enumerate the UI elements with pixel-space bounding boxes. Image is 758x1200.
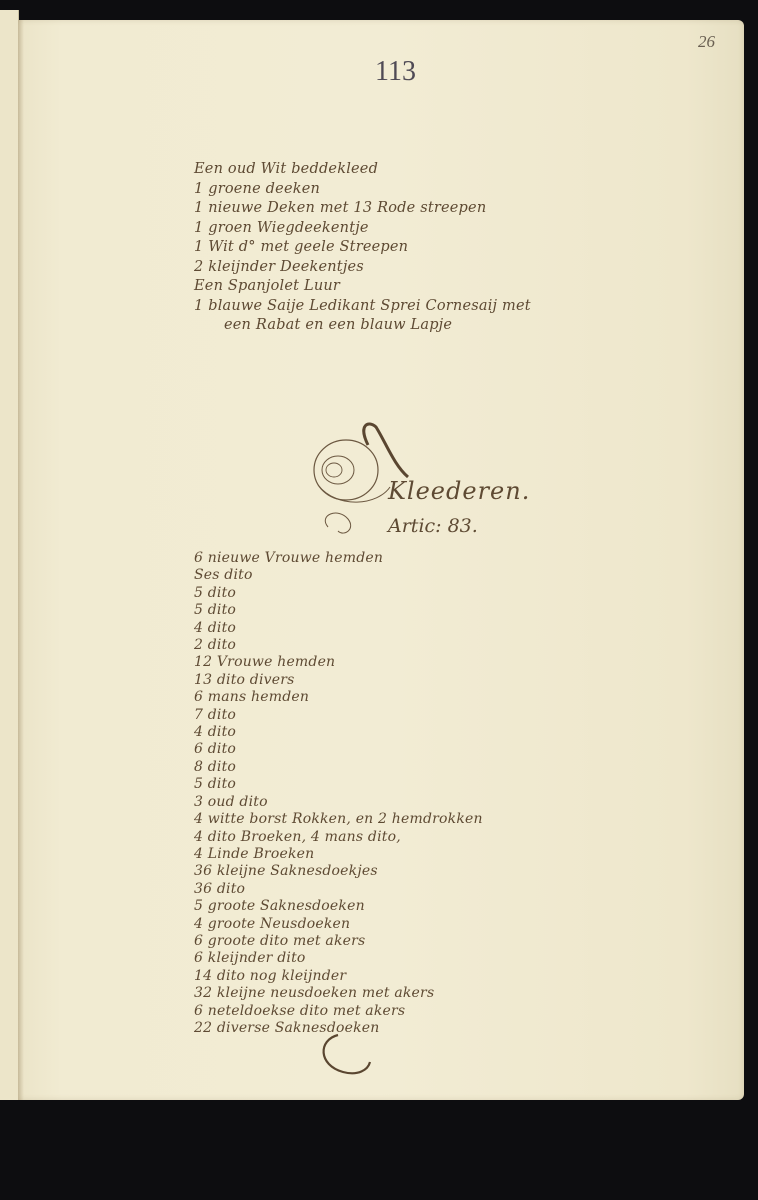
list-item: 4 Linde Broeken bbox=[194, 846, 483, 863]
list-item: 4 witte borst Rokken, en 2 hemdrokken bbox=[194, 811, 483, 828]
list-item: 1 groen Wiegdeekentje bbox=[194, 219, 531, 239]
list-item: 6 groote dito met akers bbox=[194, 933, 483, 950]
list-item: 1 nieuwe Deken met 13 Rode streepen bbox=[194, 199, 531, 219]
list-item: 5 dito bbox=[194, 602, 483, 619]
list-item: 6 neteldoekse dito met akers bbox=[194, 1003, 483, 1020]
list-item: een Rabat en een blauw Lapje bbox=[194, 316, 531, 336]
list-item: 2 kleijnder Deekentjes bbox=[194, 258, 531, 278]
list-item: 1 blauwe Saije Ledikant Sprei Cornesaij … bbox=[194, 297, 531, 317]
list-item: 8 dito bbox=[194, 759, 483, 776]
list-item: 14 dito nog kleijnder bbox=[194, 968, 483, 985]
list-item: 4 groote Neusdoeken bbox=[194, 916, 483, 933]
list-item: 6 mans hemden bbox=[194, 689, 483, 706]
list-item: 4 dito bbox=[194, 620, 483, 637]
folio-number: 113 bbox=[375, 56, 416, 88]
section-title: Kleederen. bbox=[388, 477, 530, 505]
list-item: 6 nieuwe Vrouwe hemden bbox=[194, 550, 483, 567]
list-item: 5 dito bbox=[194, 776, 483, 793]
bedding-list: Een oud Wit beddekleed 1 groene deeken 1… bbox=[194, 160, 531, 336]
list-item: 6 dito bbox=[194, 741, 483, 758]
list-item: 13 dito divers bbox=[194, 672, 483, 689]
section-heading: Kleederen. Artic: 83. bbox=[308, 415, 568, 545]
list-item: 32 kleijne neusdoeken met akers bbox=[194, 985, 483, 1002]
list-item: 5 groote Saknesdoeken bbox=[194, 898, 483, 915]
list-item: 1 Wit d° met geele Streepen bbox=[194, 238, 531, 258]
list-item: 1 groene deeken bbox=[194, 180, 531, 200]
manuscript-page: 113 26 Een oud Wit beddekleed 1 groene d… bbox=[18, 20, 744, 1100]
list-item: 22 diverse Saknesdoeken bbox=[194, 1020, 483, 1037]
list-item: 7 dito bbox=[194, 707, 483, 724]
list-item: 36 dito bbox=[194, 881, 483, 898]
page-number: 26 bbox=[698, 32, 715, 52]
list-item: 2 dito bbox=[194, 637, 483, 654]
clothing-list: 6 nieuwe Vrouwe hemden Ses dito 5 dito 5… bbox=[194, 550, 483, 1037]
list-item: 36 kleijne Saknesdoekjes bbox=[194, 863, 483, 880]
list-item: 5 dito bbox=[194, 585, 483, 602]
article-number: Artic: 83. bbox=[388, 515, 478, 537]
list-item: 6 kleijnder dito bbox=[194, 950, 483, 967]
list-item: 3 oud dito bbox=[194, 794, 483, 811]
list-item: 12 Vrouwe hemden bbox=[194, 654, 483, 671]
list-item: 4 dito Broeken, 4 mans dito, bbox=[194, 829, 483, 846]
list-item: Een oud Wit beddekleed bbox=[194, 160, 531, 180]
list-item: Een Spanjolet Luur bbox=[194, 277, 531, 297]
list-item: 4 dito bbox=[194, 724, 483, 741]
list-item: Ses dito bbox=[194, 567, 483, 584]
closing-flourish-icon bbox=[288, 1030, 408, 1080]
previous-page-edge bbox=[0, 10, 19, 1100]
